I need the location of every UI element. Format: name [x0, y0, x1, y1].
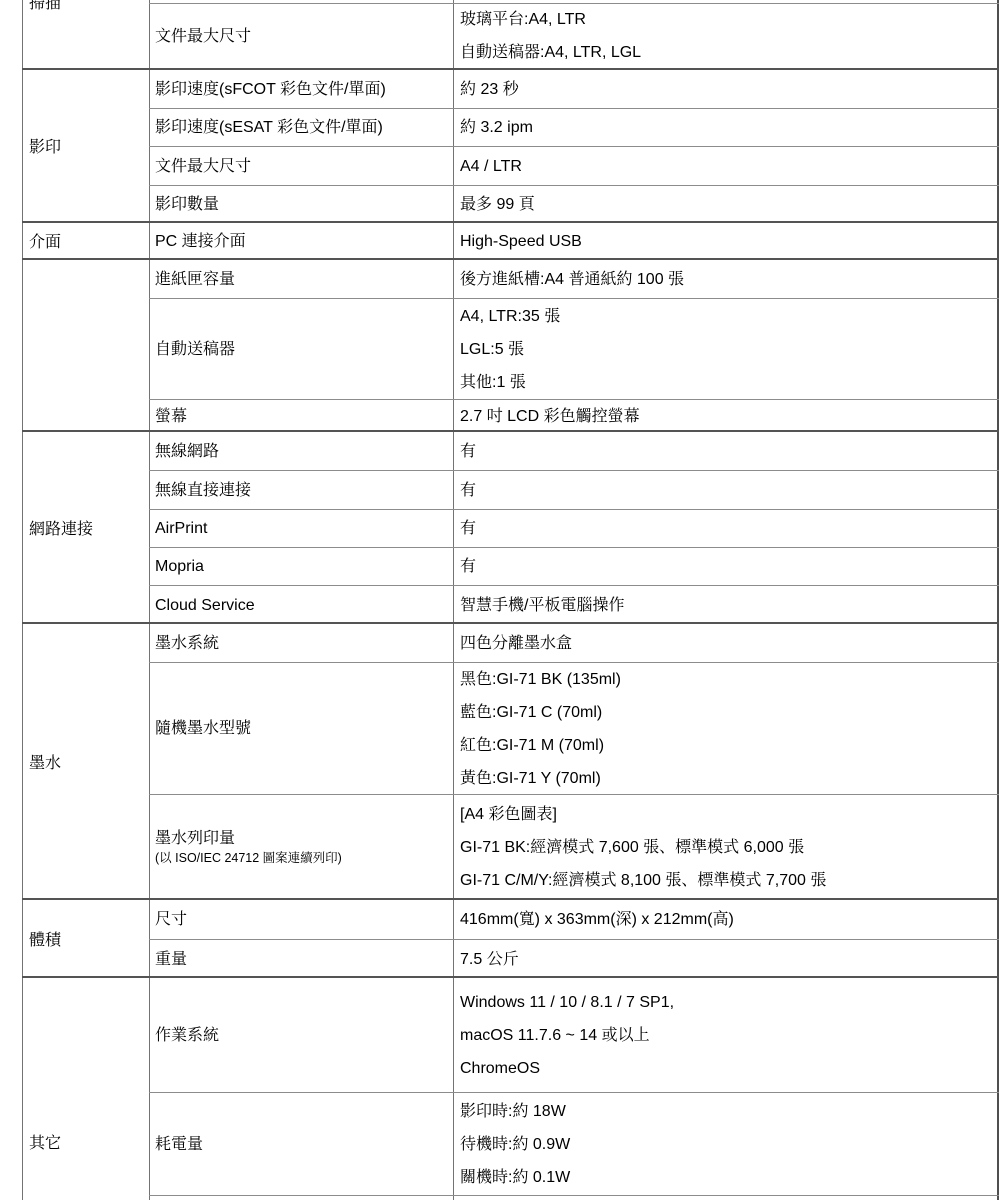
spec-value-cell: 2.7 吋 LCD 彩色觸控螢幕	[453, 400, 999, 432]
spec-section: 體積尺寸416mm(寬) x 363mm(深) x 212mm(高)重量7.5 …	[22, 898, 999, 976]
spec-value-line: GI-71 C/M/Y:經濟模式 8,100 張、標準模式 7,700 張	[453, 864, 999, 897]
spec-name: Mopria	[149, 556, 453, 577]
spec-value-line: A4, LTR:35 張	[453, 300, 999, 333]
spec-value-cell: 四色分離墨水盒	[453, 624, 999, 662]
table-row: 墨水列印量(以 ISO/IEC 24712 圖案連續列印)[A4 彩色圖表]GI…	[149, 794, 999, 900]
table-row: 影印速度(sFCOT 彩色文件/單面)約 23 秒	[149, 70, 999, 108]
spec-value-line: 智慧手機/平板電腦操作	[453, 589, 999, 622]
spec-name-cell: 作業系統	[149, 978, 453, 1092]
category-cell	[22, 260, 149, 430]
spec-value-line: macOS 11.7.6 ~ 14 或以上	[453, 1019, 999, 1052]
spec-name: 進紙匣容量	[149, 269, 453, 290]
category-cell: 網路連接	[22, 432, 149, 622]
table-row: 無線直接連接有	[149, 470, 999, 509]
spec-name: 墨水系統	[149, 633, 453, 654]
spec-value-cell: 有	[453, 510, 999, 547]
spec-value-cell: High-Speed USB	[453, 223, 999, 260]
category-label: 介面	[22, 229, 61, 252]
spec-name-cell: 墨水系統	[149, 624, 453, 662]
spec-name: 無線網路	[149, 441, 453, 462]
category-label: 掃描	[22, 0, 61, 13]
spec-value-line: 黑色:GI-71 BK (135ml)	[453, 663, 999, 696]
spec-name: 影印數量	[149, 194, 453, 215]
category-cell: 影印	[22, 70, 149, 221]
category-label: 影印	[22, 134, 61, 157]
spec-table: 掃描文件最大尺寸玻璃平台:A4, LTR自動送稿器:A4, LTR, LGL影印…	[22, 0, 999, 1200]
spec-value-line: 藍色:GI-71 C (70ml)	[453, 696, 999, 729]
spec-value-cell: [A4 彩色圖表]GI-71 BK:經濟模式 7,600 張、標準模式 6,00…	[453, 795, 999, 900]
spec-value-line: 其他:1 張	[453, 366, 999, 399]
spec-name: 影印速度(sESAT 彩色文件/單面)	[149, 117, 453, 138]
spec-value-line: [A4 彩色圖表]	[453, 798, 999, 831]
spec-value-line: A4 / LTR	[453, 150, 999, 183]
table-row: 尺寸416mm(寬) x 363mm(深) x 212mm(高)	[149, 900, 999, 939]
spec-value-line: 最多 99 頁	[453, 188, 999, 221]
spec-value-line: GI-71 BK:經濟模式 7,600 張、標準模式 6,000 張	[453, 831, 999, 864]
page: { "page": { "background": "#ffffff", "te…	[0, 0, 1000, 1200]
category-cell: 其它	[22, 978, 149, 1200]
spec-name: 作業系統	[149, 1025, 453, 1046]
spec-name-cell: 進紙匣容量	[149, 260, 453, 298]
spec-value-line: 關機時:約 0.1W	[453, 1161, 999, 1194]
spec-name-cell: AirPrint	[149, 510, 453, 547]
spec-name-cell: 無線網路	[149, 432, 453, 470]
spec-value-cell: 有	[453, 548, 999, 585]
spec-value-cell	[453, 1196, 999, 1200]
spec-name-cell: 耗電量	[149, 1093, 453, 1195]
spec-value-line: 約 23 秒	[453, 73, 999, 106]
table-row: 影印速度(sESAT 彩色文件/單面)約 3.2 ipm	[149, 108, 999, 146]
spec-value-line: High-Speed USB	[453, 225, 999, 258]
table-row: 墨水系統四色分離墨水盒	[149, 624, 999, 662]
spec-value-cell: 有	[453, 471, 999, 509]
category-cell: 體積	[22, 900, 149, 976]
spec-value-cell: 影印時:約 18W待機時:約 0.9W關機時:約 0.1W	[453, 1093, 999, 1195]
spec-name-cell: 影印速度(sFCOT 彩色文件/單面)	[149, 70, 453, 108]
spec-value-line: 有	[453, 550, 999, 583]
spec-value-line: LGL:5 張	[453, 333, 999, 366]
spec-value-line: Windows 11 / 10 / 8.1 / 7 SP1,	[453, 986, 999, 1019]
table-row: PC 連接介面High-Speed USB	[149, 223, 999, 260]
spec-name-cell: Mopria	[149, 548, 453, 585]
table-row: 影印數量最多 99 頁	[149, 185, 999, 223]
table-row: 進紙匣容量後方進紙槽:A4 普通紙約 100 張	[149, 260, 999, 298]
spec-name-cell: 螢幕	[149, 400, 453, 432]
category-cell: 介面	[22, 223, 149, 258]
spec-value-line: 有	[453, 512, 999, 545]
spec-value-cell: 智慧手機/平板電腦操作	[453, 586, 999, 624]
table-row: 作業系統Windows 11 / 10 / 8.1 / 7 SP1,macOS …	[149, 978, 999, 1092]
spec-value-line: 7.5 公斤	[453, 943, 999, 976]
spec-value-line: 待機時:約 0.9W	[453, 1128, 999, 1161]
spec-section: 墨水墨水系統四色分離墨水盒隨機墨水型號黑色:GI-71 BK (135ml)藍色…	[22, 622, 999, 898]
spec-value-cell: 黑色:GI-71 BK (135ml)藍色:GI-71 C (70ml)紅色:G…	[453, 663, 999, 794]
table-row: 自動送稿器A4, LTR:35 張LGL:5 張其他:1 張	[149, 298, 999, 399]
category-cell: 掃描	[22, 0, 149, 68]
spec-name-cell: Cloud Service	[149, 586, 453, 624]
spec-value-line: ChromeOS	[453, 1052, 999, 1085]
table-row: 文件最大尺寸玻璃平台:A4, LTR自動送稿器:A4, LTR, LGL	[149, 3, 999, 68]
spec-name: 隨機墨水型號	[149, 718, 453, 739]
table-row: 隨機墨水型號黑色:GI-71 BK (135ml)藍色:GI-71 C (70m…	[149, 662, 999, 794]
spec-value-line: 紅色:GI-71 M (70ml)	[453, 729, 999, 762]
spec-value-line: 影印時:約 18W	[453, 1095, 999, 1128]
spec-name-cell: 影印速度(sESAT 彩色文件/單面)	[149, 109, 453, 146]
spec-name-cell: 文件最大尺寸	[149, 4, 453, 68]
spec-value-cell: 約 3.2 ipm	[453, 109, 999, 146]
spec-name: 墨水列印量	[149, 828, 453, 849]
category-label: 體積	[22, 927, 61, 950]
spec-value-cell: 7.5 公斤	[453, 940, 999, 978]
spec-name: 尺寸	[149, 909, 453, 930]
spec-name-cell: 隨機墨水型號	[149, 663, 453, 794]
spec-value-line: 2.7 吋 LCD 彩色觸控螢幕	[453, 400, 999, 433]
spec-value-cell: A4, LTR:35 張LGL:5 張其他:1 張	[453, 299, 999, 399]
category-label: 其它	[22, 1130, 61, 1153]
spec-name-cell	[149, 1196, 453, 1200]
spec-name: PC 連接介面	[149, 231, 453, 252]
spec-value-line: 四色分離墨水盒	[453, 627, 999, 660]
spec-name: 文件最大尺寸	[149, 156, 453, 177]
table-row: 無線網路有	[149, 432, 999, 470]
spec-value-line: 有	[453, 474, 999, 507]
spec-name: 重量	[149, 949, 453, 970]
spec-section: 掃描文件最大尺寸玻璃平台:A4, LTR自動送稿器:A4, LTR, LGL	[22, 0, 999, 68]
spec-value-cell: 約 23 秒	[453, 70, 999, 108]
spec-value-cell: 最多 99 頁	[453, 186, 999, 223]
spec-name: 影印速度(sFCOT 彩色文件/單面)	[149, 79, 453, 100]
category-label: 墨水	[22, 750, 61, 773]
table-row: 螢幕2.7 吋 LCD 彩色觸控螢幕	[149, 399, 999, 432]
spec-name-cell: 文件最大尺寸	[149, 147, 453, 185]
table-row: 重量7.5 公斤	[149, 939, 999, 978]
table-row	[149, 1195, 999, 1200]
category-cell: 墨水	[22, 624, 149, 898]
spec-name-cell: 無線直接連接	[149, 471, 453, 509]
spec-value-cell: 416mm(寬) x 363mm(深) x 212mm(高)	[453, 900, 999, 939]
spec-section: 進紙匣容量後方進紙槽:A4 普通紙約 100 張自動送稿器A4, LTR:35 …	[22, 258, 999, 430]
spec-name: Cloud Service	[149, 595, 453, 616]
spec-value-cell: 玻璃平台:A4, LTR自動送稿器:A4, LTR, LGL	[453, 4, 999, 68]
spec-name-cell: 影印數量	[149, 186, 453, 223]
spec-section: 影印影印速度(sFCOT 彩色文件/單面)約 23 秒影印速度(sESAT 彩色…	[22, 68, 999, 221]
table-row: 文件最大尺寸A4 / LTR	[149, 146, 999, 185]
spec-value-line: 玻璃平台:A4, LTR	[453, 3, 999, 36]
spec-value-cell: 後方進紙槽:A4 普通紙約 100 張	[453, 260, 999, 298]
spec-value-cell: 有	[453, 432, 999, 470]
spec-value-line: 黃色:GI-71 Y (70ml)	[453, 762, 999, 795]
category-label: 網路連接	[22, 516, 93, 539]
table-row: Cloud Service智慧手機/平板電腦操作	[149, 585, 999, 624]
spec-name: AirPrint	[149, 518, 453, 539]
spec-value-line: 約 3.2 ipm	[453, 111, 999, 144]
spec-section: 網路連接無線網路有無線直接連接有AirPrint有Mopria有Cloud Se…	[22, 430, 999, 622]
spec-section: 其它作業系統Windows 11 / 10 / 8.1 / 7 SP1,macO…	[22, 976, 999, 1200]
spec-name: 螢幕	[149, 406, 453, 427]
spec-value-line: 後方進紙槽:A4 普通紙約 100 張	[453, 263, 999, 296]
spec-value-line: 有	[453, 435, 999, 468]
table-row: Mopria有	[149, 547, 999, 585]
spec-name-cell: 尺寸	[149, 900, 453, 939]
spec-section: 介面PC 連接介面High-Speed USB	[22, 221, 999, 258]
spec-name: 自動送稿器	[149, 339, 453, 360]
spec-name-cell: PC 連接介面	[149, 223, 453, 260]
spec-name: 文件最大尺寸	[149, 26, 453, 47]
spec-name-cell: 重量	[149, 940, 453, 978]
spec-value-line: 自動送稿器:A4, LTR, LGL	[453, 36, 999, 69]
spec-value-line: 416mm(寬) x 363mm(深) x 212mm(高)	[453, 903, 999, 936]
table-row: AirPrint有	[149, 509, 999, 547]
spec-value-cell: Windows 11 / 10 / 8.1 / 7 SP1,macOS 11.7…	[453, 978, 999, 1092]
spec-value-cell: A4 / LTR	[453, 147, 999, 185]
spec-name-cell: 墨水列印量(以 ISO/IEC 24712 圖案連續列印)	[149, 795, 453, 900]
spec-name: 耗電量	[149, 1134, 453, 1155]
spec-name: 無線直接連接	[149, 480, 453, 501]
spec-name-cell: 自動送稿器	[149, 299, 453, 399]
table-row: 耗電量影印時:約 18W待機時:約 0.9W關機時:約 0.1W	[149, 1092, 999, 1195]
spec-name-note: (以 ISO/IEC 24712 圖案連續列印)	[149, 849, 453, 867]
